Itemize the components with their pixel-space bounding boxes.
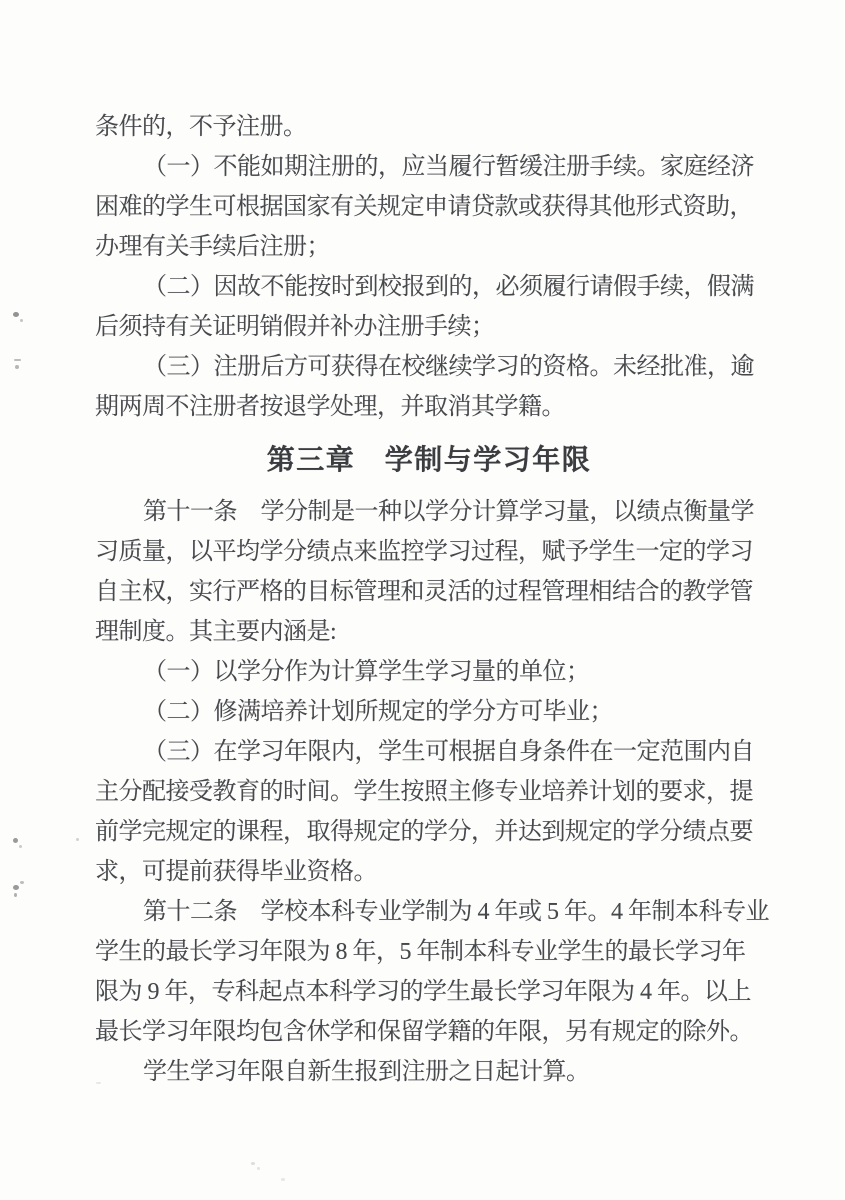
- text-line: 困难的学生可根据国家有关规定申请贷款或获得其他形式资助，: [95, 187, 763, 227]
- text-line: （三）在学习年限内，学生可根据自身条件在一定范围内自: [95, 732, 763, 772]
- text-line: 自主权，实行严格的目标管理和灵活的过程管理相结合的教学管: [95, 572, 763, 612]
- text-line: （一）以学分作为计算学生学习量的单位；: [95, 652, 763, 692]
- document-text-block: 条件的，不予注册。 （一）不能如期注册的，应当履行暂缓注册手续。家庭经济 困难的…: [95, 107, 763, 1092]
- text-line: 主分配接受教育的时间。学生按照主修专业培养计划的要求，提: [95, 772, 763, 812]
- scan-speckle: [257, 1167, 260, 1170]
- text-line: 后须持有关证明销假并补办注册手续；: [95, 307, 763, 347]
- text-line: （三）注册后方可获得在校继续学习的资格。未经批准，逾: [95, 347, 763, 387]
- text-line: 习质量，以平均学分绩点来监控学习过程，赋予学生一定的学习: [95, 532, 763, 572]
- text-line: 限为 9 年，专科起点本科学习的学生最长学习年限为 4 年。以上: [95, 972, 763, 1012]
- text-line: （一）不能如期注册的，应当履行暂缓注册手续。家庭经济: [95, 147, 763, 187]
- scan-speckle: [20, 881, 24, 884]
- text-line: 学生的最长学习年限为 8 年，5 年制本科专业学生的最长学习年: [95, 932, 763, 972]
- text-line: 学生学习年限自新生报到注册之日起计算。: [95, 1052, 763, 1092]
- text-line: 期两周不注册者按退学处理，并取消其学籍。: [95, 387, 763, 427]
- text-line: 求，可提前获得毕业资格。: [95, 852, 763, 892]
- scan-speckle: [13, 312, 19, 317]
- scan-speckle: [14, 359, 21, 361]
- scan-speckle: [14, 893, 17, 897]
- text-line: 最长学习年限均包含休学和保留学籍的年限，另有规定的除外。: [95, 1012, 763, 1052]
- scan-speckle: [76, 838, 79, 841]
- text-line: （二）因故不能按时到校报到的，必须履行请假手续，假满: [95, 267, 763, 307]
- text-line: 理制度。其主要内涵是:: [95, 612, 763, 652]
- text-line: （二）修满培养计划所规定的学分方可毕业；: [95, 692, 763, 732]
- text-line: 前学完规定的课程，取得规定的学分，并达到规定的学分绩点要: [95, 812, 763, 852]
- text-line: 办理有关手续后注册；: [95, 227, 763, 267]
- document-page: 条件的，不予注册。 （一）不能如期注册的，应当履行暂缓注册手续。家庭经济 困难的…: [0, 0, 845, 1200]
- scan-speckle: [281, 1178, 285, 1181]
- scan-speckle: [13, 885, 19, 890]
- scan-speckle: [19, 845, 22, 848]
- text-line: 第十二条 学校本科专业学制为 4 年或 5 年。4 年制本科专业: [95, 892, 763, 932]
- scan-speckle: [15, 365, 19, 369]
- text-line: 第十一条 学分制是一种以学分计算学习量，以绩点衡量学: [95, 492, 763, 532]
- chapter-heading: 第三章 学制与学习年限: [95, 439, 763, 481]
- scan-speckle: [13, 838, 18, 843]
- scan-speckle: [96, 1082, 101, 1084]
- scan-speckle: [251, 1162, 255, 1165]
- text-line: 条件的，不予注册。: [95, 107, 763, 147]
- scan-speckle: [20, 319, 23, 322]
